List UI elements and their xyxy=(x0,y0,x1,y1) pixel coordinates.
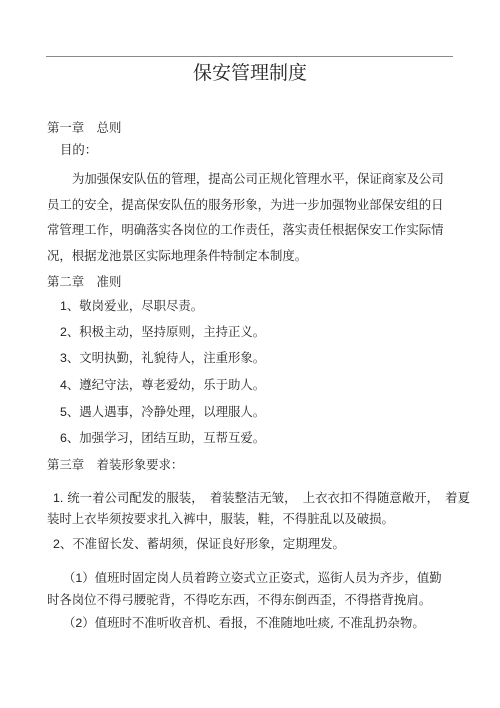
item-number: 6 xyxy=(60,431,67,445)
chapter3-heading: 第三章 着装形象要求： xyxy=(47,457,183,473)
dress-item-2: 2、不准留长发、蓄胡须，保证良好形象，定期理发。 xyxy=(53,536,345,552)
item-text: 、不准留长发、蓄胡须，保证良好形象，定期理发。 xyxy=(60,536,345,551)
item-text: 、遵纪守法，尊老爱幼，乐于助人。 xyxy=(67,377,265,392)
paragraph-line-3: 常管理工作，明确落实各岗位的工作责任，落实责任根据保安工作实际情 xyxy=(47,222,444,238)
item-text: 值班时固定岗人员着跨立姿式立正姿式，巡街人员为齐步，值勤 xyxy=(95,570,442,585)
principle-item: 1、敬岗爱业，尽职尽责。 xyxy=(60,298,203,314)
duty-item-2: （2）值班时不准听收音机、看报，不准随地吐痰, 不准乱扔杂物。 xyxy=(63,615,425,631)
item-number: 5 xyxy=(60,405,67,419)
chapter2-heading: 第二章 准则 xyxy=(47,274,121,290)
item-text: 、积极主动，坚持原则，主持正义。 xyxy=(67,324,265,339)
item-text: 、加强学习，团结互助，互帮互爱。 xyxy=(67,430,265,445)
principle-item: 3、文明执勤，礼貌待人，注重形象。 xyxy=(60,350,265,366)
item-text: 统一着公司配发的服装， 着装整洁无皱， 上衣衣扣不得随意敞开， 着夏 xyxy=(63,490,470,505)
duty-item-1-line-2: 时各岗位不得弓腰驼背，不得吃东西，不得东倒西歪，不得搭背挽肩。 xyxy=(47,592,431,608)
principle-item: 5、遇人遇事，冷静处理，以理服人。 xyxy=(60,404,265,420)
item-text: 、遇人遇事，冷静处理，以理服人。 xyxy=(67,404,265,419)
item-number: 2 xyxy=(60,325,67,339)
paragraph-line-2: 员工的安全，提高保安队伍的服务形象，为进一步加强物业部保安组的日 xyxy=(47,197,444,213)
item-number: （2） xyxy=(63,616,95,630)
dress-item-1-line-2: 装时上衣毕须按要求扎入裤中，服装，鞋，不得脏乱以及破损。 xyxy=(47,511,394,527)
item-number: 4 xyxy=(60,378,67,392)
paragraph-line-4: 况，根据龙池景区实际地理条件特制定本制度。 xyxy=(47,248,307,264)
principle-item: 6、加强学习，团结互助，互帮互爱。 xyxy=(60,430,265,446)
item-number: 2 xyxy=(53,537,60,551)
paragraph-line-1: 为加强保安队伍的管理，提高公司正规化管理水平，保证商家及公司 xyxy=(72,171,444,187)
document-title: 保安管理制度 xyxy=(0,60,500,86)
item-text: 、文明执勤，礼貌待人，注重形象。 xyxy=(67,350,265,365)
item-text: 、敬岗爱业，尽职尽责。 xyxy=(67,298,203,313)
principle-item: 2、积极主动，坚持原则，主持正义。 xyxy=(60,324,265,340)
purpose-label: 目的： xyxy=(60,142,97,158)
header-rule xyxy=(46,56,453,57)
chapter1-heading: 第一章 总则 xyxy=(47,120,121,136)
document-page: 保安管理制度 第一章 总则 目的： 为加强保安队伍的管理，提高公司正规化管理水平… xyxy=(0,0,500,708)
item-text: 值班时不准听收音机、看报，不准随地吐痰, 不准乱扔杂物。 xyxy=(95,615,425,630)
item-number: 1. xyxy=(53,491,63,505)
dress-item-1-line-1: 1. 统一着公司配发的服装， 着装整洁无皱， 上衣衣扣不得随意敞开， 着夏 xyxy=(53,490,470,506)
item-number: （1） xyxy=(63,571,95,585)
principle-item: 4、遵纪守法，尊老爱幼，乐于助人。 xyxy=(60,377,265,393)
duty-item-1-line-1: （1）值班时固定岗人员着跨立姿式立正姿式，巡街人员为齐步，值勤 xyxy=(63,570,442,586)
item-number: 3 xyxy=(60,351,67,365)
item-number: 1 xyxy=(60,299,67,313)
